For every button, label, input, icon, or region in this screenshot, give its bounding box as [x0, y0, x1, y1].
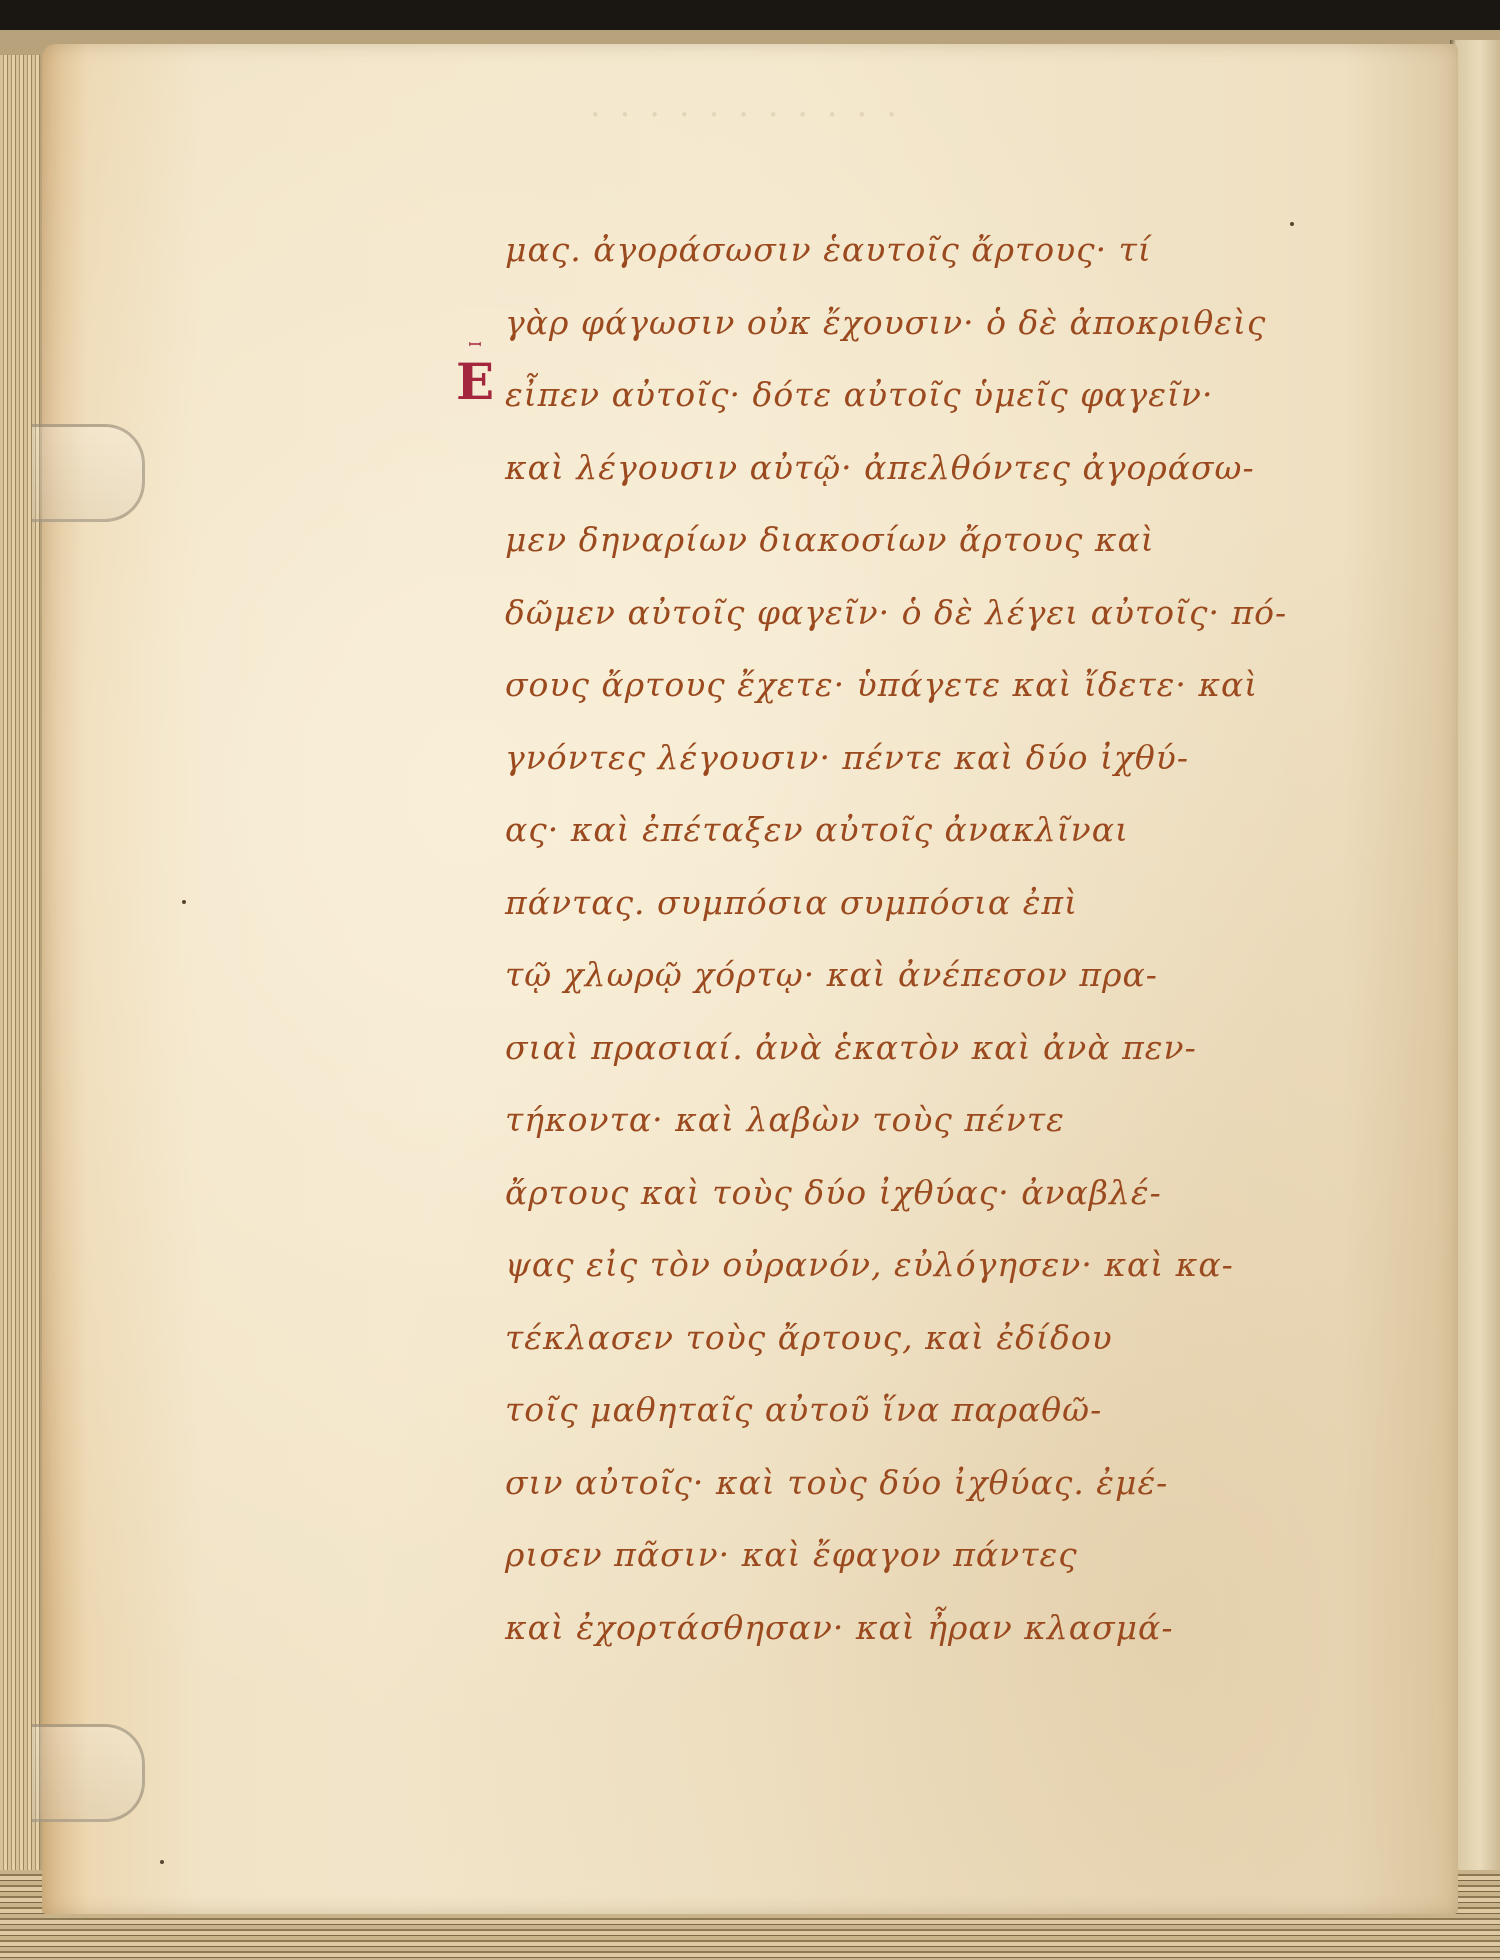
text-line-6: δῶμεν αὐτοῖς φαγεῖν· ὁ δὲ λέγει αὐτοῖς· … — [505, 585, 1315, 658]
text-line-14: ἄρτους καὶ τοὺς δύο ἰχθύας· ἀναβλέ- — [505, 1165, 1315, 1238]
text-line-7: σους ἄρτους ἔχετε· ὑπάγετε καὶ ἴδετε· κα… — [505, 657, 1315, 730]
show-through-header: · · · · · · · · · · · — [590, 95, 1190, 135]
page-clip-upper — [32, 424, 145, 522]
ink-speck — [182, 900, 186, 904]
text-line-4: καὶ λέγουσιν αὐτῷ· ἀπελθόντες ἀγοράσω- — [505, 440, 1315, 513]
text-line-15: ψας εἰς τὸν οὐρανόν, εὐλόγησεν· καὶ κα- — [505, 1237, 1315, 1310]
text-line-19: ρισεν πᾶσιν· καὶ ἔφαγον πάντες — [505, 1527, 1315, 1600]
text-line-18: σιν αὐτοῖς· καὶ τοὺς δύο ἰχθύας. ἐμέ- — [505, 1455, 1315, 1528]
page-clip-lower — [32, 1724, 145, 1822]
text-line-5: μεν δηναρίων διακοσίων ἄρτους καὶ — [505, 512, 1315, 585]
text-line-11: τῷ χλωρῷ χόρτῳ· καὶ ἀνέπεσον πρα- — [505, 947, 1315, 1020]
text-line-17: τοῖς μαθηταῖς αὐτοῦ ἵνα παραθῶ- — [505, 1382, 1315, 1455]
text-line-8: γνόντες λέγουσιν· πέντε καὶ δύο ἰχθύ- — [505, 730, 1315, 803]
text-line-3: εἶπεν αὐτοῖς· δότε αὐτοῖς ὑμεῖς φαγεῖν· — [505, 367, 1315, 440]
left-page-edges — [0, 55, 40, 1935]
text-column: μας. ἀγοράσωσιν ἑαυτοῖς ἄρτους· τί γὰρ φ… — [505, 222, 1315, 1672]
text-line-9: ας· καὶ ἐπέταξεν αὐτοῖς ἀνακλῖναι — [505, 802, 1315, 875]
rubric-initial: ꟷ Ε — [455, 336, 495, 416]
text-line-10: πάντας. συμπόσια συμπόσια ἐπὶ — [505, 875, 1315, 948]
red-initial-letter: Ε — [455, 354, 495, 410]
text-line-13: τήκοντα· καὶ λαβὼν τοὺς πέντε — [505, 1092, 1315, 1165]
text-line-12: σιαὶ πρασιαί. ἀνὰ ἑκατὸν καὶ ἀνὰ πεν- — [505, 1020, 1315, 1093]
text-line-2: γὰρ φάγωσιν οὐκ ἔχουσιν· ὁ δὲ ἀποκριθεὶς — [505, 295, 1315, 368]
text-line-20: καὶ ἐχορτάσθησαν· καὶ ἦραν κλασμά- — [505, 1600, 1315, 1673]
ink-speck — [160, 1860, 164, 1864]
ink-speck — [1290, 222, 1294, 226]
text-line-16: τέκλασεν τοὺς ἄρτους, καὶ ἐδίδου — [505, 1310, 1315, 1383]
text-line-1: μας. ἀγοράσωσιν ἑαυτοῖς ἄρτους· τί — [505, 222, 1315, 295]
